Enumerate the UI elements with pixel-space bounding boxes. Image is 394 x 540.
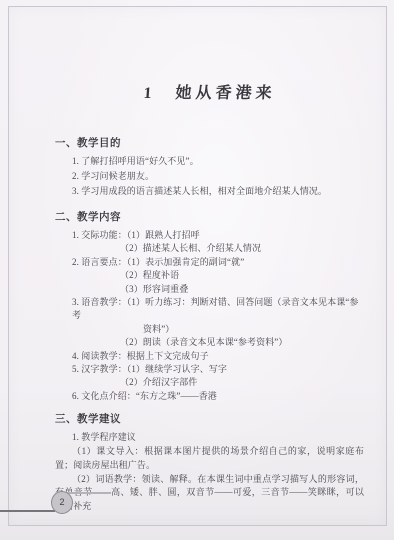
content-line: 1. 了解打招呼用语“好久不见”。 xyxy=(55,154,364,169)
section-body: 1. 了解打招呼用语“好久不见”。 2. 学习问候老朋友。 3. 学习用成段的语… xyxy=(55,154,364,199)
content-line: 3. 学习用成段的语言描述某人长相，相对全面地介绍某人情况。 xyxy=(55,184,364,199)
content-line: 5. 汉字教学：（1）继续学习认字、写字 xyxy=(55,363,364,376)
content-line: （2）朗读（录音文本见本课“参考资料”） xyxy=(55,336,364,349)
section-body: 1. 教学程序建议 （1）课文导入：根据课本图片提供的场景介绍自己的家，说明家庭… xyxy=(55,431,364,514)
section-heading: 一、教学目的 xyxy=(55,137,364,151)
content-line: 资料”） xyxy=(55,323,364,336)
page-content: 1 她从香港来 一、教学目的 1. 了解打招呼用语“好久不见”。 2. 学习问候… xyxy=(0,0,394,514)
content-paragraph: （1）课文导入：根据课本图片提供的场景介绍自己的家，说明家庭布置；阅读房屋出租广… xyxy=(55,445,364,473)
content-line: 1. 交际功能：（1）跟熟人打招呼 xyxy=(55,229,364,242)
section-teaching-suggestions: 三、教学建议 1. 教学程序建议 （1）课文导入：根据课本图片提供的场景介绍自己… xyxy=(55,413,364,514)
section-teaching-content: 二、教学内容 1. 交际功能：（1）跟熟人打招呼 （2）描述某人长相、介绍某人情… xyxy=(55,211,364,403)
content-line: （2）程度补语 xyxy=(55,269,364,282)
content-line: 3. 语音教学：（1）听力练习：判断对错、回答问题（录音文本见本课“参考 xyxy=(55,296,364,323)
lesson-title: 1 她从香港来 xyxy=(54,84,364,104)
content-line: 2. 语言要点：（1）表示加强肯定的副词“就” xyxy=(55,256,364,269)
section-body: 1. 交际功能：（1）跟熟人打招呼 （2）描述某人长相、介绍某人情况 2. 语言… xyxy=(55,229,364,403)
content-paragraph: （2）词语教学：领读、解释。在本课生词中重点学习描写人的形容词，有单音节——高、… xyxy=(55,473,364,514)
content-line: 4. 阅读教学：根据上下文完成句子 xyxy=(55,350,364,363)
scanned-book-page: 1 她从香港来 一、教学目的 1. 了解打招呼用语“好久不见”。 2. 学习问候… xyxy=(0,0,394,540)
content-line: 2. 学习问候老朋友。 xyxy=(55,169,364,184)
section-heading: 二、教学内容 xyxy=(55,211,364,225)
content-line: （3）形容词重叠 xyxy=(55,283,364,296)
content-line: 1. 教学程序建议 xyxy=(55,431,364,445)
section-teaching-objectives: 一、教学目的 1. 了解打招呼用语“好久不见”。 2. 学习问候老朋友。 3. … xyxy=(55,137,364,199)
content-line: （2）描述某人长相、介绍某人情况 xyxy=(55,242,364,255)
section-heading: 三、教学建议 xyxy=(55,413,364,427)
content-line: （2）介绍汉字部件 xyxy=(55,376,364,389)
content-line: 6. 文化点介绍：“东方之珠”——香港 xyxy=(55,390,364,403)
